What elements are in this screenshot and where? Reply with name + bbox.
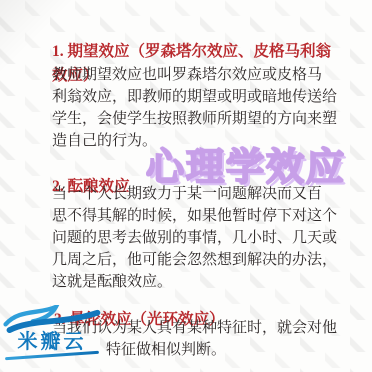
page: 心理学效应 1. 期望效应（罗森塔尔效应、皮格马利翁效应） 教师期望效应也叫罗森… — [0, 0, 372, 372]
section-2-body: 当一个人长期致力于某一问题解决而又百思不得其解的时候，如果他暂时停下对这个问题的… — [52, 183, 364, 293]
logo: 米瓣云 — [2, 305, 102, 357]
logo-text: 米瓣云 — [2, 331, 102, 353]
watermark-text: 心理学效应 — [146, 136, 346, 191]
swallow-bird-icon — [3, 305, 101, 334]
